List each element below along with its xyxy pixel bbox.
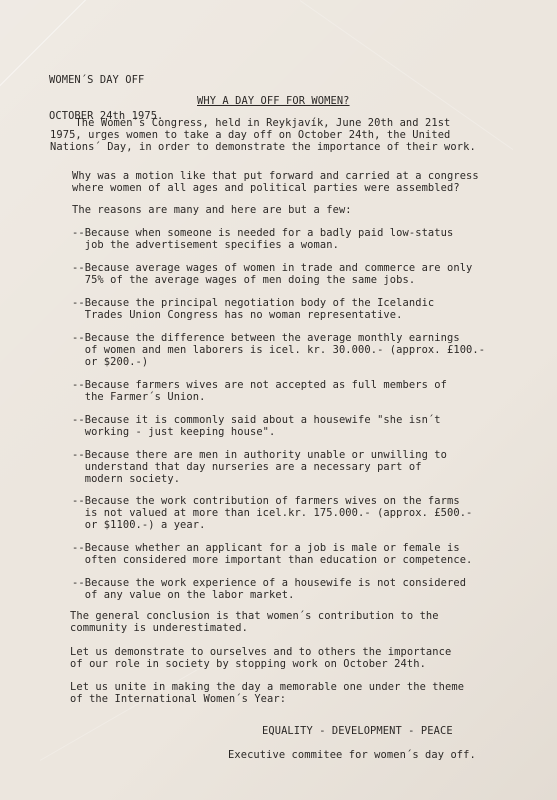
demonstrate-paragraph: Let us demonstrate to ourselves and to o… <box>70 646 451 670</box>
reason-item: --Because the difference between the ave… <box>72 332 485 368</box>
reason-item: --Because whether an applicant for a job… <box>72 542 472 566</box>
document-title: WHY A DAY OFF FOR WOMEN? <box>197 95 350 107</box>
unite-paragraph: Let us unite in making the day a memorab… <box>70 681 464 705</box>
reason-item: --Because it is commonly said about a ho… <box>72 414 441 438</box>
intro-paragraph: The Women´s Congress, held in Reykjavík,… <box>50 117 476 153</box>
reason-item: --Because the work experience of a house… <box>72 577 466 601</box>
reason-item: --Because when someone is needed for a b… <box>72 227 453 251</box>
conclusion-paragraph: The general conclusion is that women´s c… <box>70 610 439 634</box>
reason-item: --Because average wages of women in trad… <box>72 262 472 286</box>
reason-item: --Because there are men in authority una… <box>72 449 447 485</box>
reason-item: --Because farmers wives are not accepted… <box>72 379 447 403</box>
reason-item: --Because the work contribution of farme… <box>72 495 472 531</box>
question-paragraph: Why was a motion like that put forward a… <box>72 170 479 194</box>
paper-crease <box>40 660 214 761</box>
motto: EQUALITY - DEVELOPMENT - PEACE <box>262 725 453 737</box>
document-page: WOMEN´S DAY OFF OCTOBER 24th 1975. WHY A… <box>0 0 557 800</box>
reasons-intro: The reasons are many and here are but a … <box>72 204 352 216</box>
signature: Executive commitee for women´s day off. <box>228 749 476 761</box>
header-line-event: WOMEN´S DAY OFF <box>49 74 163 86</box>
reason-item: --Because the principal negotiation body… <box>72 297 434 321</box>
